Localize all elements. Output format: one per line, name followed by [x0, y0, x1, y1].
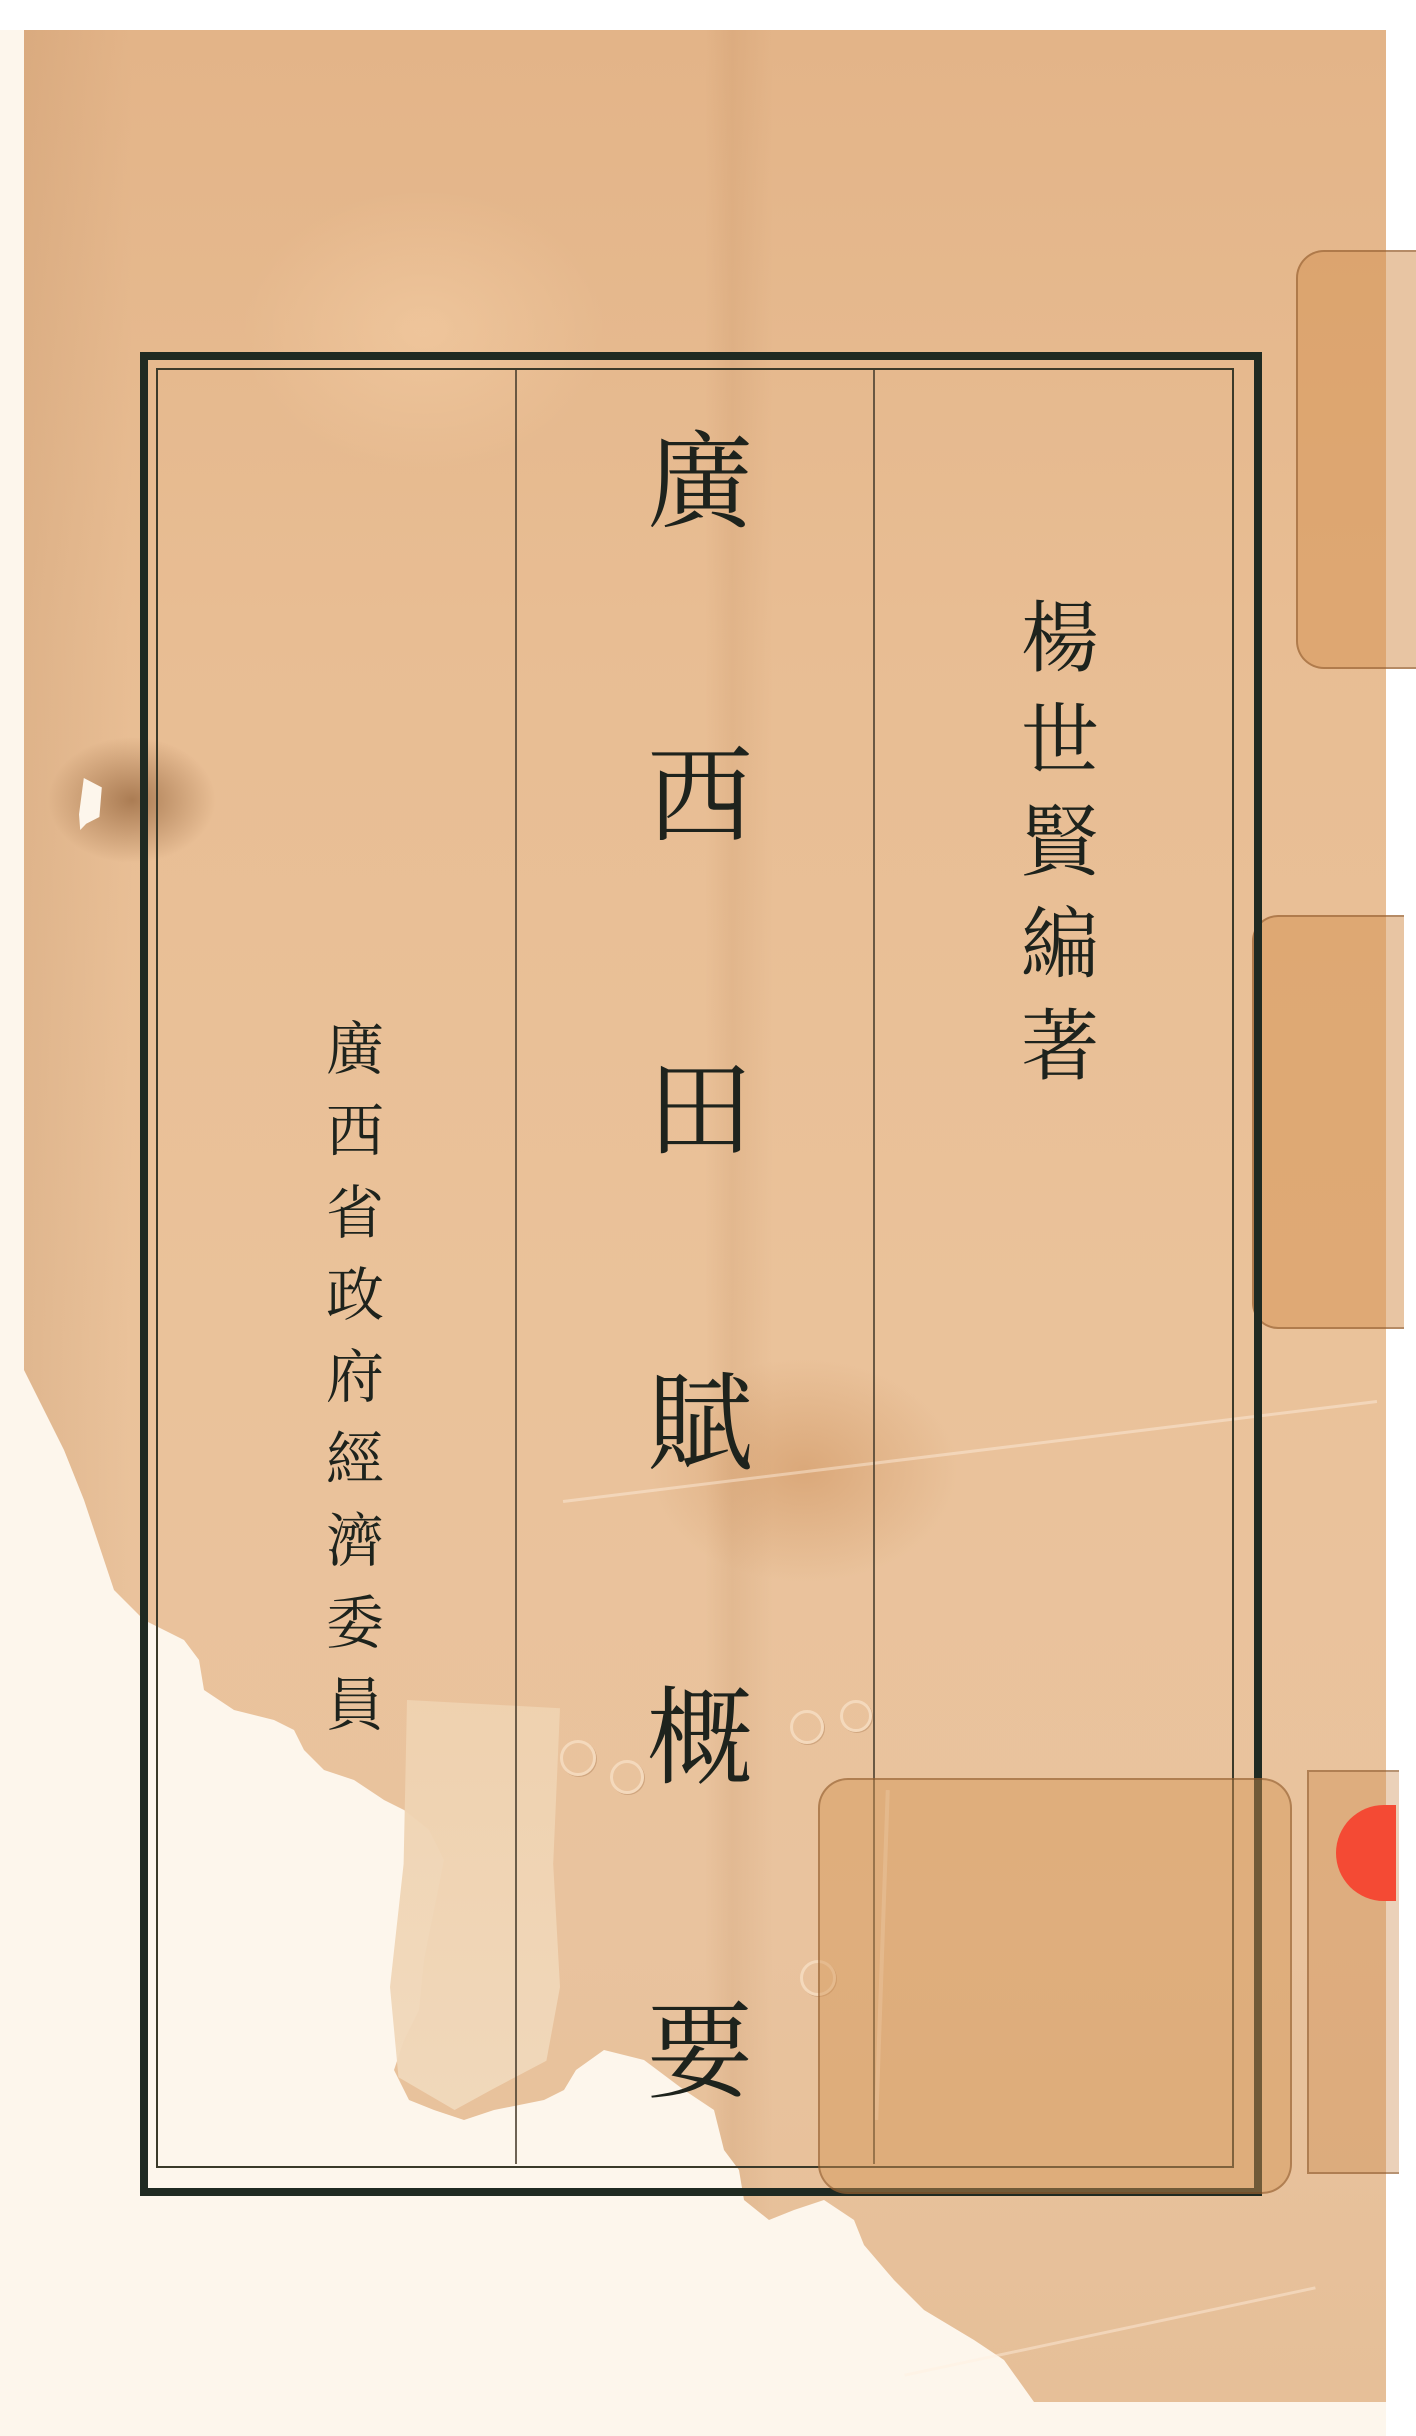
- publisher-char: 員: [326, 1676, 384, 1734]
- title-char: 廣: [647, 430, 753, 536]
- title-char: 田: [647, 1058, 753, 1164]
- publisher-char: 政: [326, 1266, 384, 1324]
- title-char: 概: [647, 1686, 753, 1792]
- publisher-char: 經: [326, 1430, 384, 1488]
- repair-tape-patch: [1252, 915, 1404, 1329]
- repair-tape-patch: [818, 1778, 1292, 2194]
- title-char: 西: [647, 744, 753, 850]
- publisher-char: 委: [326, 1594, 384, 1652]
- author-char: 著: [1021, 1008, 1099, 1086]
- book-title: 廣 西 田 賦 概 要: [620, 430, 780, 2106]
- author-char: 賢: [1021, 804, 1099, 882]
- author-char: 世: [1021, 702, 1099, 780]
- author-char: 楊: [1021, 600, 1099, 678]
- publisher-char: 府: [326, 1348, 384, 1406]
- title-char: 要: [647, 2000, 753, 2106]
- repair-tape-patch: [1296, 250, 1416, 669]
- publisher-char: 西: [326, 1102, 384, 1160]
- publisher-char: 濟: [326, 1512, 384, 1570]
- scan-margin-top: [0, 0, 1416, 30]
- publisher-char: 省: [326, 1184, 384, 1242]
- publisher-credit: 廣 西 省 政 府 經 濟 委 員: [300, 1020, 410, 1758]
- publisher-char: 廣: [326, 1020, 384, 1078]
- author-char: 編: [1021, 906, 1099, 984]
- column-divider-left: [515, 370, 517, 2164]
- author-credit: 楊 世 賢 編 著: [1005, 600, 1115, 1110]
- title-char: 賦: [647, 1372, 753, 1478]
